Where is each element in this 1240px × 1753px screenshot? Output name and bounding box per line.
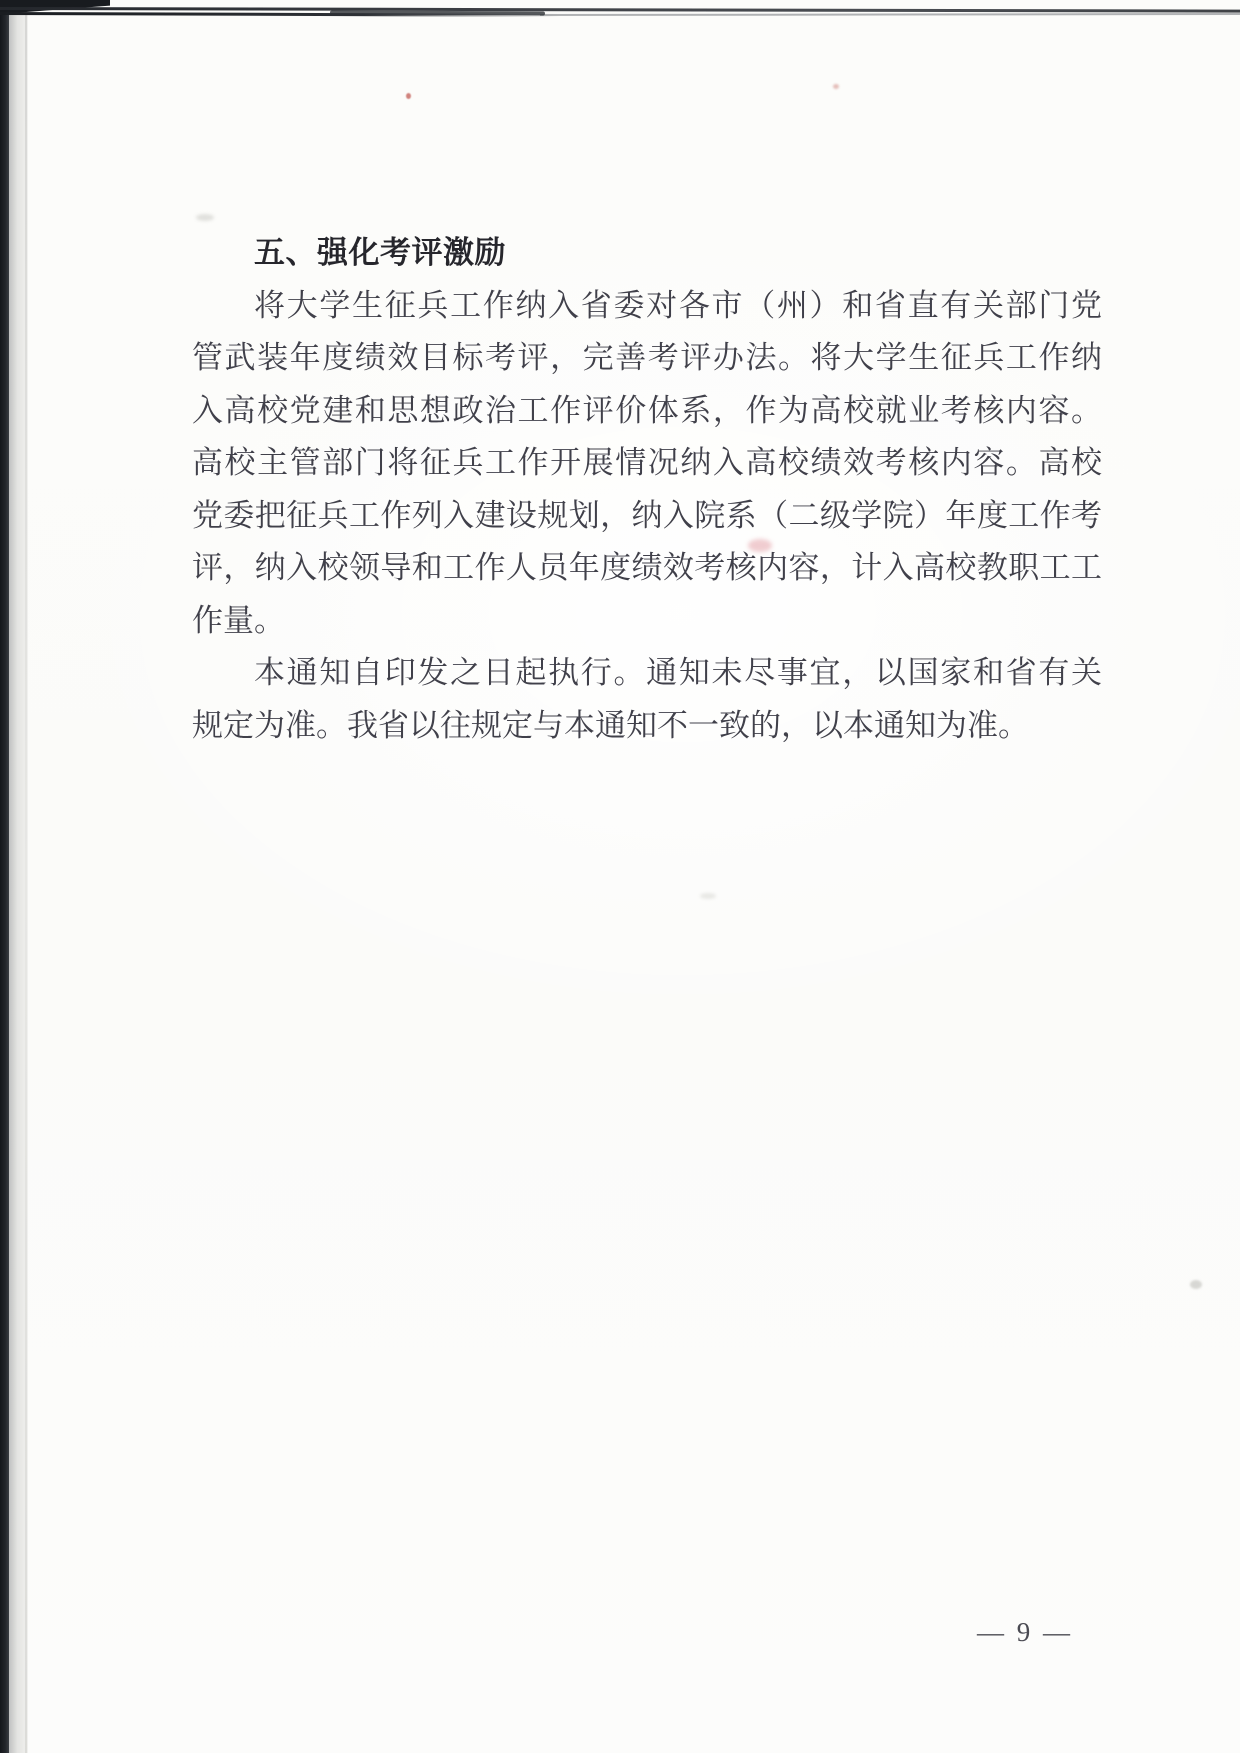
top-scan-edge-line [0,7,1240,12]
text-line: 将大学生征兵工作纳入省委对各市（州）和省直有关部门党 [192,280,1102,333]
text-line: 本通知自印发之日起执行。通知未尽事宜，以国家和省有关 [192,647,1102,700]
left-paper-crease-line [25,0,27,1753]
text-line: 作量。 [192,595,1102,648]
text-line: 高校主管部门将征兵工作开展情况纳入高校绩效考核内容。高校 [192,437,1102,490]
text-line: 评，纳入校领导和工作人员年度绩效考核内容，计入高校教职工工 [192,542,1102,595]
red-ink-speck [406,93,411,99]
text-line: 党委把征兵工作列入建设规划，纳入院系（二级学院）年度工作考 [192,490,1102,543]
top-scan-edge-line-faint [540,13,1240,15]
gray-smudge [196,214,214,221]
left-scan-edge-shadow [0,0,9,1753]
gray-smudge [1190,1280,1202,1289]
section-heading: 五、强化考评激励 [192,227,1102,280]
body-paragraph: 将大学生征兵工作纳入省委对各市（州）和省直有关部门党管武装年度绩效目标考评，完善… [192,280,1102,648]
gray-smudge [700,893,716,899]
text-line: 规定为准。我省以往规定与本通知不一致的，以本通知为准。 [192,700,1102,753]
body-paragraph: 本通知自印发之日起执行。通知未尽事宜，以国家和省有关规定为准。我省以往规定与本通… [192,647,1102,752]
page-number: — 9 — [950,1614,1100,1650]
red-ink-speck [833,84,839,89]
scanned-document-page: 五、强化考评激励 将大学生征兵工作纳入省委对各市（州）和省直有关部门党管武装年度… [0,0,1240,1753]
document-text-block: 五、强化考评激励 将大学生征兵工作纳入省委对各市（州）和省直有关部门党管武装年度… [192,227,1102,752]
text-line: 管武装年度绩效目标考评，完善考评办法。将大学生征兵工作纳 [192,332,1102,385]
text-line: 入高校党建和思想政治工作评价体系，作为高校就业考核内容。 [192,385,1102,438]
